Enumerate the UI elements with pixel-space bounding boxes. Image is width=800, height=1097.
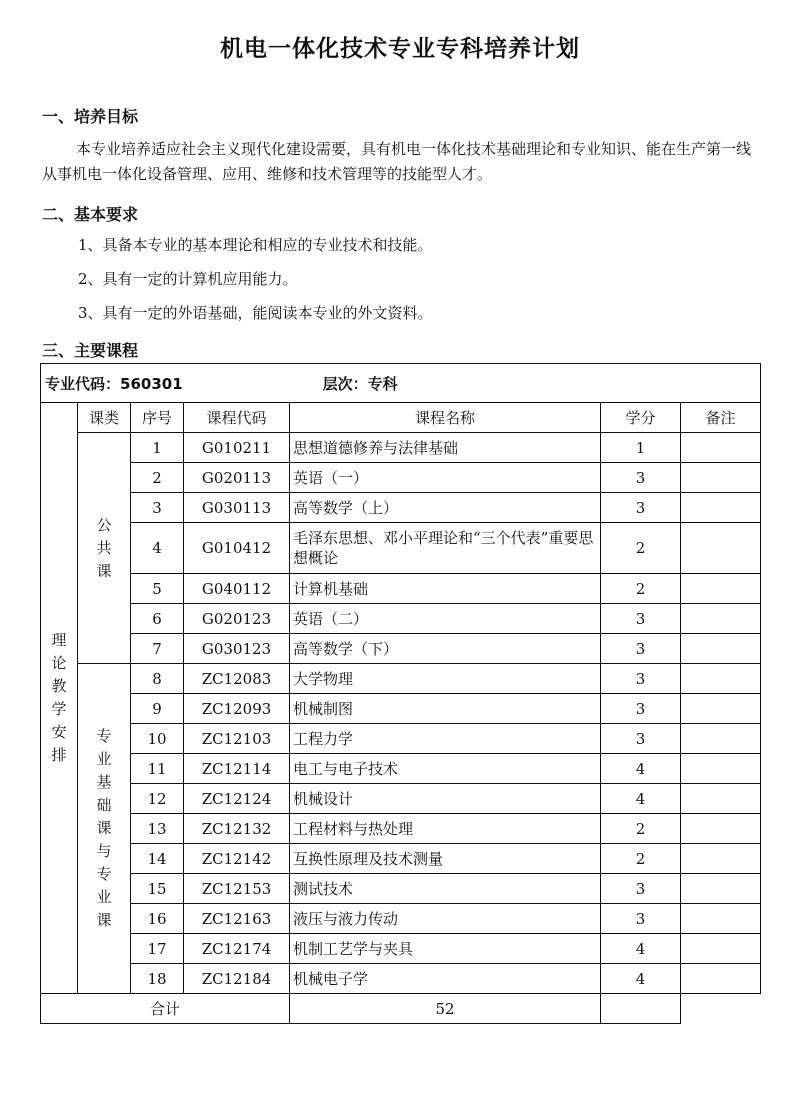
credits-cell: 4 [601,964,681,994]
seq-cell: 4 [131,523,184,574]
section-heading-requirements: 二、基本要求 [42,202,138,225]
name-cell: 英语（二） [290,604,601,634]
code-cell: G030113 [184,493,290,523]
code-cell: ZC12114 [184,754,290,784]
code-cell: ZC12124 [184,784,290,814]
code-cell: ZC12142 [184,844,290,874]
header-credits: 学分 [601,403,681,433]
level-value: 专科 [368,375,398,393]
table-row: 13ZC12132工程材料与热处理2 [41,814,761,844]
code-cell: G020113 [184,463,290,493]
credits-cell: 2 [601,574,681,604]
category-label: 专业基础课与专业课 [95,725,113,932]
credits-cell: 4 [601,934,681,964]
credits-cell: 3 [601,604,681,634]
table-row: 5G040112计算机基础2 [41,574,761,604]
header-code: 课程代码 [184,403,290,433]
name-cell: 机械设计 [290,784,601,814]
table-row: 3G030113高等数学（上）3 [41,493,761,523]
seq-cell: 7 [131,634,184,664]
table-row: 公共课1G010211思想道德修养与法律基础1 [41,433,761,463]
table-row: 16ZC12163液压与液力传动3 [41,904,761,934]
seq-cell: 16 [131,904,184,934]
name-cell: 机制工艺学与夹具 [290,934,601,964]
notes-cell [681,874,761,904]
notes-cell [681,523,761,574]
notes-cell [681,604,761,634]
requirement-item: 2、具有一定的计算机应用能力。 [78,268,298,289]
code-cell: G040112 [184,574,290,604]
seq-cell: 5 [131,574,184,604]
credits-cell: 4 [601,754,681,784]
code-cell: ZC12174 [184,934,290,964]
name-cell: 工程力学 [290,724,601,754]
notes-cell [681,694,761,724]
seq-cell: 8 [131,664,184,694]
notes-cell [681,433,761,463]
credits-cell: 3 [601,724,681,754]
notes-cell [681,634,761,664]
seq-cell: 18 [131,964,184,994]
code-cell: ZC12184 [184,964,290,994]
seq-cell: 1 [131,433,184,463]
goal-paragraph: 本专业培养适应社会主义现代化建设需要，具有机电一体化技术基础理论和专业知识、能在… [42,137,762,187]
total-notes [601,994,681,1024]
name-cell: 思想道德修养与法律基础 [290,433,601,463]
table-row: 10ZC12103工程力学3 [41,724,761,754]
major-info: 专业代码：560301层次：专科 [41,364,761,403]
credits-cell: 2 [601,523,681,574]
name-cell: 机械制图 [290,694,601,724]
section-heading-goal: 一、培养目标 [42,104,138,127]
notes-cell [681,904,761,934]
notes-cell [681,724,761,754]
name-cell: 毛泽东思想、邓小平理论和“三个代表”重要思想概论 [290,523,601,574]
code-cell: ZC12103 [184,724,290,754]
header-seq: 序号 [131,403,184,433]
table-header-row: 理论教学安排 课类 序号 课程代码 课程名称 学分 备注 [41,403,761,433]
name-cell: 大学物理 [290,664,601,694]
code-cell: ZC12093 [184,694,290,724]
notes-cell [681,934,761,964]
credits-cell: 1 [601,433,681,463]
table-row: 11ZC12114电工与电子技术4 [41,754,761,784]
credits-cell: 3 [601,463,681,493]
header-category: 课类 [78,403,131,433]
name-cell: 电工与电子技术 [290,754,601,784]
code-cell: ZC12132 [184,814,290,844]
seq-cell: 15 [131,874,184,904]
side-label: 理论教学安排 [50,629,68,767]
name-cell: 高等数学（上） [290,493,601,523]
table-meta-row: 专业代码：560301层次：专科 [41,364,761,403]
seq-cell: 11 [131,754,184,784]
notes-cell [681,964,761,994]
category-professional: 专业基础课与专业课 [78,664,131,994]
total-label: 合计 [41,994,290,1024]
notes-cell [681,754,761,784]
seq-cell: 9 [131,694,184,724]
name-cell: 工程材料与热处理 [290,814,601,844]
name-cell: 测试技术 [290,874,601,904]
seq-cell: 2 [131,463,184,493]
table-row: 2G020113英语（一）3 [41,463,761,493]
credits-cell: 3 [601,664,681,694]
goal-text: 本专业培养适应社会主义现代化建设需要，具有机电一体化技术基础理论和专业知识、能在… [42,140,751,183]
course-table: 专业代码：560301层次：专科 理论教学安排 课类 序号 课程代码 课程名称 … [40,363,761,1024]
code-cell: G020123 [184,604,290,634]
section-heading-courses: 三、主要课程 [42,338,138,361]
credits-cell: 3 [601,874,681,904]
table-row: 9ZC12093机械制图3 [41,694,761,724]
seq-cell: 12 [131,784,184,814]
name-cell: 计算机基础 [290,574,601,604]
table-row: 12ZC12124机械设计4 [41,784,761,814]
seq-cell: 14 [131,844,184,874]
notes-cell [681,463,761,493]
credits-cell: 3 [601,493,681,523]
credits-cell: 2 [601,814,681,844]
seq-cell: 17 [131,934,184,964]
name-cell: 液压与液力传动 [290,904,601,934]
table-row: 17ZC12174机制工艺学与夹具4 [41,934,761,964]
code-cell: G010412 [184,523,290,574]
requirement-item: 1、具备本专业的基本理论和相应的专业技术和技能。 [78,234,433,255]
major-code: 560301 [120,375,183,393]
code-cell: G030123 [184,634,290,664]
table-row: 14ZC12142互换性原理及技术测量2 [41,844,761,874]
name-cell: 英语（一） [290,463,601,493]
level-label: 层次： [323,375,368,393]
notes-cell [681,574,761,604]
seq-cell: 13 [131,814,184,844]
credits-cell: 3 [601,634,681,664]
total-credits: 52 [290,994,601,1024]
table-row: 15ZC12153测试技术3 [41,874,761,904]
major-code-label: 专业代码： [45,375,120,393]
code-cell: G010211 [184,433,290,463]
seq-cell: 6 [131,604,184,634]
page-title: 机电一体化技术专业专科培养计划 [0,30,800,63]
credits-cell: 2 [601,844,681,874]
name-cell: 高等数学（下） [290,634,601,664]
category-public: 公共课 [78,433,131,664]
table-row: 专业基础课与专业课8ZC12083大学物理3 [41,664,761,694]
notes-cell [681,493,761,523]
requirement-item: 3、具有一定的外语基础，能阅读本专业的外文资料。 [78,302,433,323]
notes-cell [681,814,761,844]
credits-cell: 4 [601,784,681,814]
seq-cell: 10 [131,724,184,754]
table-row: 7G030123高等数学（下）3 [41,634,761,664]
name-cell: 互换性原理及技术测量 [290,844,601,874]
table-row: 6G020123英语（二）3 [41,604,761,634]
code-cell: ZC12153 [184,874,290,904]
table-row: 4G010412毛泽东思想、邓小平理论和“三个代表”重要思想概论2 [41,523,761,574]
notes-cell [681,844,761,874]
notes-cell [681,784,761,814]
notes-cell [681,664,761,694]
header-name: 课程名称 [290,403,601,433]
side-label-cell: 理论教学安排 [41,403,78,994]
credits-cell: 3 [601,694,681,724]
code-cell: ZC12083 [184,664,290,694]
table-total-row: 合计52 [41,994,761,1024]
code-cell: ZC12163 [184,904,290,934]
header-notes: 备注 [681,403,761,433]
category-label: 公共课 [95,514,113,583]
seq-cell: 3 [131,493,184,523]
name-cell: 机械电子学 [290,964,601,994]
table-row: 18ZC12184机械电子学4 [41,964,761,994]
credits-cell: 3 [601,904,681,934]
